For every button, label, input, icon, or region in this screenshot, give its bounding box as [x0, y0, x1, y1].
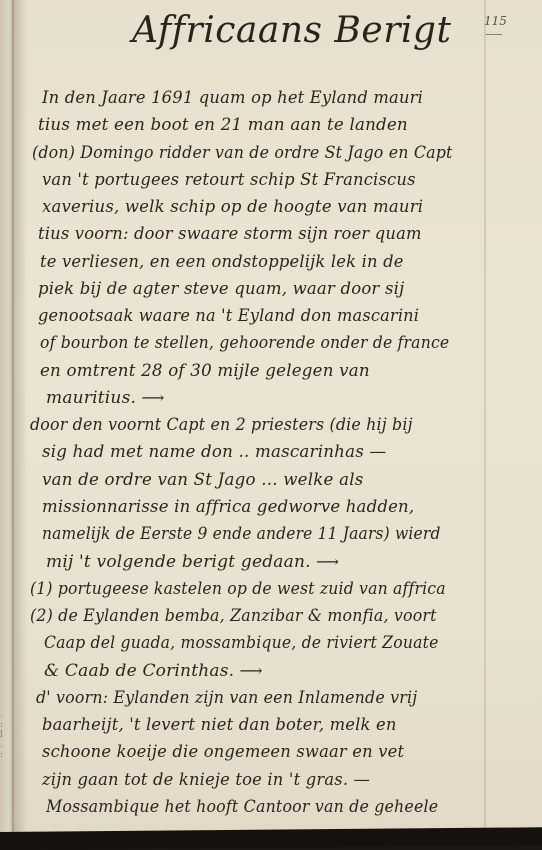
manuscript-line: (2) de Eylanden bemba, Zanzibar & monfia… — [30, 606, 437, 626]
arrow-icon: ⟶ — [136, 388, 164, 407]
manuscript-line: tius met een boot en 21 man aan te lande… — [38, 115, 408, 135]
line-text: (don) Domingo ridder van de ordre St Jag… — [32, 143, 453, 163]
line-text: namelijk de Eerste 9 ende andere 11 Jaar… — [42, 524, 441, 544]
line-text: (1) portugeese kastelen op de west zuid … — [30, 579, 446, 599]
manuscript-line: schoone koeije die ongemeen swaar en vet — [42, 742, 404, 762]
manuscript-line: mauritius. ⟶ — [46, 388, 165, 408]
manuscript-line: (1) portugeese kastelen op de west zuid … — [30, 579, 446, 599]
manuscript-line: Caap del guada, mossambique, de riviert … — [44, 633, 439, 653]
manuscript-line: te verliesen, en een ondstoppelijk lek i… — [40, 252, 404, 272]
line-text: d' voorn: Eylanden zijn van een Inlamend… — [36, 688, 417, 708]
line-text: mij 't volgende berigt gedaan. — [46, 552, 311, 572]
line-text: xaverius, welk schip op de hoogte van ma… — [42, 197, 423, 217]
manuscript-line: sig had met name don .. mascarinhas — — [42, 442, 386, 462]
manuscript-line: zijn gaan tot de knieje toe in 't gras. … — [42, 770, 370, 790]
manuscript-line: xaverius, welk schip op de hoogte van ma… — [42, 197, 423, 217]
manuscript-line: piek bij de agter steve quam, waar door … — [38, 279, 404, 299]
arrow-icon: ⟶ — [234, 661, 262, 680]
line-text: In den Jaare 1691 quam op het Eyland mau… — [42, 88, 423, 108]
manuscript-line: genootsaak waare na 't Eyland don mascar… — [38, 306, 419, 326]
manuscript-photo: .:l.: Affricaans Berigt 115 In den Jaare… — [0, 0, 542, 850]
manuscript-line: baarheijt, 't levert niet dan boter, mel… — [42, 715, 397, 735]
line-text: missionnarisse in affrica gedworve hadde… — [42, 497, 414, 517]
manuscript-line: namelijk de Eerste 9 ende andere 11 Jaar… — [42, 524, 441, 544]
line-text: schoone koeije die ongemeen swaar en vet — [42, 742, 404, 762]
manuscript-line: mij 't volgende berigt gedaan. ⟶ — [46, 552, 339, 572]
line-text: & Caab de Corinthas. — [44, 661, 234, 681]
manuscript-line: & Caab de Corinthas. ⟶ — [44, 661, 263, 681]
line-text: te verliesen, en een ondstoppelijk lek i… — [40, 252, 404, 272]
line-text: van de ordre van St Jago ... welke als — [42, 470, 363, 490]
manuscript-line: door den voornt Capt en 2 priesters (die… — [30, 415, 413, 435]
line-text: en omtrent 28 of 30 mijle gelegen van — [40, 361, 370, 381]
line-text: (2) de Eylanden bemba, Zanzibar & monfia… — [30, 606, 437, 626]
line-text: tius met een boot en 21 man aan te lande… — [38, 115, 408, 135]
line-text: Caap del guada, mossambique, de riviert … — [44, 633, 439, 653]
manuscript-line: tius voorn: door swaare storm sijn roer … — [38, 224, 422, 244]
line-text: sig had met name don .. mascarinhas — — [42, 442, 386, 462]
manuscript-line: d' voorn: Eylanden zijn van een Inlamend… — [36, 688, 417, 708]
line-text: zijn gaan tot de knieje toe in 't gras. … — [42, 770, 370, 790]
line-text: van 't portugees retourt schip St Franci… — [42, 170, 416, 190]
line-text: tius voorn: door swaare storm sijn roer … — [38, 224, 422, 244]
line-text: of bourbon te stellen, gehoorende onder … — [40, 333, 449, 353]
line-text: door den voornt Capt en 2 priesters (die… — [30, 415, 413, 435]
arrow-icon: ⟶ — [311, 552, 339, 571]
manuscript-line: In den Jaare 1691 quam op het Eyland mau… — [42, 88, 423, 108]
manuscript-line: (don) Domingo ridder van de ordre St Jag… — [32, 143, 453, 163]
manuscript-line: van de ordre van St Jago ... welke als — [42, 470, 363, 490]
line-text: piek bij de agter steve quam, waar door … — [38, 279, 404, 299]
line-text: genootsaak waare na 't Eyland don mascar… — [38, 306, 419, 326]
manuscript-line: missionnarisse in affrica gedworve hadde… — [42, 497, 414, 517]
manuscript-text-body: In den Jaare 1691 quam op het Eyland mau… — [0, 0, 542, 850]
manuscript-line: en omtrent 28 of 30 mijle gelegen van — [40, 361, 370, 381]
manuscript-line: of bourbon te stellen, gehoorende onder … — [40, 333, 449, 353]
line-text: baarheijt, 't levert niet dan boter, mel… — [42, 715, 397, 735]
line-text: mauritius. — [46, 388, 136, 408]
manuscript-line: van 't portugees retourt schip St Franci… — [42, 170, 416, 190]
line-text: Mossambique het hooft Cantoor van de geh… — [46, 797, 438, 817]
manuscript-line: Mossambique het hooft Cantoor van de geh… — [46, 797, 438, 817]
